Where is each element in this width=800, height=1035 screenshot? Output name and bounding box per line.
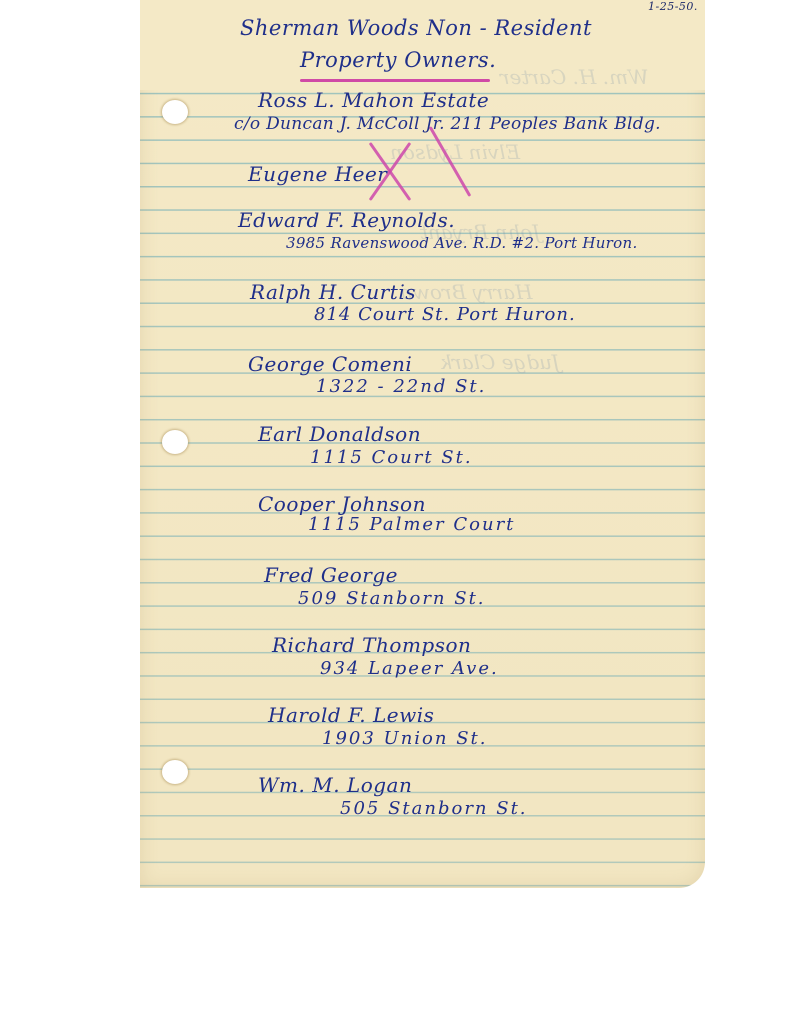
- owner-name: Wm. M. Logan: [258, 773, 412, 797]
- owner-name: Harold F. Lewis: [268, 703, 434, 727]
- owner-address: 3985 Ravenswood Ave. R.D. #2. Port Huron…: [286, 234, 638, 252]
- owner-address: 505 Stanborn St.: [340, 798, 528, 819]
- binder-hole-icon: [162, 430, 188, 454]
- owner-name: Richard Thompson: [272, 633, 471, 657]
- owner-address: 814 Court St. Port Huron.: [314, 304, 576, 325]
- owner-name: Edward F. Reynolds.: [238, 208, 455, 232]
- owner-name: Ralph H. Curtis: [250, 280, 416, 304]
- bleed-through-text: Harry Brown: [400, 280, 532, 304]
- owner-address: 1115 Palmer Court: [308, 514, 515, 535]
- owner-name: Fred George: [264, 563, 398, 587]
- pink-underline-mark: [300, 79, 490, 82]
- binder-hole-icon: [162, 100, 188, 124]
- owner-address: 1903 Union St.: [322, 728, 488, 749]
- owner-name: Earl Donaldson: [258, 422, 421, 446]
- owner-address: 509 Stanborn St.: [298, 588, 486, 609]
- document-date: 1-25-50.: [648, 0, 698, 13]
- bleed-through-text: Wm. H. Carter: [500, 65, 649, 89]
- owner-address: 1115 Court St.: [310, 447, 473, 468]
- document-title-line2: Property Owners.: [300, 48, 496, 72]
- binder-hole-icon: [162, 760, 188, 784]
- owner-address: c/o Duncan J. McColl Jr. 211 Peoples Ban…: [234, 114, 661, 134]
- document-title-line1: Sherman Woods Non - Resident: [240, 16, 592, 40]
- owner-address: 934 Lapeer Ave.: [320, 658, 499, 679]
- owner-address: 1322 - 22nd St.: [316, 376, 486, 397]
- owner-name: Ross L. Mahon Estate: [258, 88, 489, 112]
- owner-name: George Comeni: [248, 352, 412, 376]
- bleed-through-text: Judge Clark: [440, 350, 560, 374]
- notebook-page: Wm. H. Carter Elvin Lydson John Bryant H…: [140, 0, 705, 888]
- owner-name: Cooper Johnson: [258, 492, 426, 516]
- owner-name: Eugene Heer: [248, 162, 387, 186]
